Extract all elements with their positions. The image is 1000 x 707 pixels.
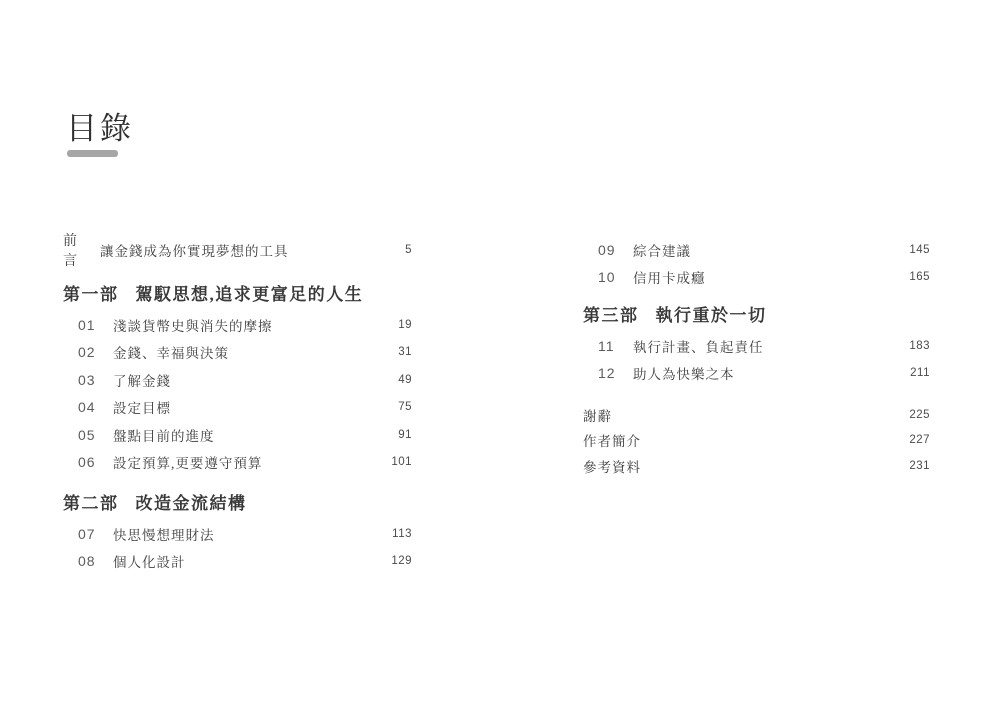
chapter-title: 執行計畫、負起責任 xyxy=(633,336,764,356)
toc-right-column: 09 綜合建議 145 10 信用卡成癮 165 第三部 執行重於一切 11 執… xyxy=(583,236,930,479)
toc-entry-acknowledgements: 謝辭 225 xyxy=(583,402,930,428)
part3-heading: 第三部 執行重於一切 xyxy=(583,298,930,328)
chapter-page-number: 165 xyxy=(909,271,930,283)
part2-chapter-list: 07 快思慢想理財法 113 08 個人化設計 129 xyxy=(63,520,412,575)
chapter-title: 了解金錢 xyxy=(113,370,171,390)
backmatter-page-number: 231 xyxy=(909,460,930,472)
toc-entry-preface: 前 言 讓金錢成為你實現夢想的工具 5 xyxy=(63,236,412,263)
chapter-page-number: 129 xyxy=(391,555,412,567)
toc-entry-ch04: 04 設定目標 75 xyxy=(63,394,412,422)
chapter-page-number: 49 xyxy=(398,374,412,386)
preface-label: 前 言 xyxy=(63,230,100,270)
backmatter-list: 謝辭 225 作者簡介 227 參考資料 231 xyxy=(583,402,930,479)
toc-entry-ch08: 08 個人化設計 129 xyxy=(63,548,412,576)
toc-entry-ch05: 05 盤點目前的進度 91 xyxy=(63,421,412,449)
part2-label: 第二部 xyxy=(63,489,119,514)
part1-label: 第一部 xyxy=(63,280,119,305)
toc-page: 目錄 前 言 讓金錢成為你實現夢想的工具 5 第一部 駕馭思想,追求更富足的人生… xyxy=(0,0,1000,707)
chapter-title: 設定目標 xyxy=(113,397,171,417)
chapter-number: 07 xyxy=(78,526,113,542)
chapter-title: 個人化設計 xyxy=(113,551,186,571)
toc-entry-ch07: 07 快思慢想理財法 113 xyxy=(63,520,412,548)
preface-title: 讓金錢成為你實現夢想的工具 xyxy=(100,240,289,260)
backmatter-page-number: 227 xyxy=(909,434,930,446)
chapter-page-number: 31 xyxy=(398,346,412,358)
chapter-title: 助人為快樂之本 xyxy=(633,363,735,383)
chapter-title: 盤點目前的進度 xyxy=(113,425,215,445)
toc-left-column: 前 言 讓金錢成為你實現夢想的工具 5 第一部 駕馭思想,追求更富足的人生 01… xyxy=(63,236,412,575)
part2-title: 改造金流結構 xyxy=(136,489,247,514)
chapter-page-number: 183 xyxy=(909,340,930,352)
backmatter-title: 謝辭 xyxy=(583,405,612,425)
chapter-title: 信用卡成癮 xyxy=(633,267,706,287)
title-underline-bar xyxy=(67,150,118,157)
chapter-title: 金錢、幸福與決策 xyxy=(113,342,229,362)
part3-chapter-list: 11 執行計畫、負起責任 183 12 助人為快樂之本 211 xyxy=(583,332,930,387)
part2-chapter-list-continued: 09 綜合建議 145 10 信用卡成癮 165 xyxy=(583,236,930,291)
chapter-number: 11 xyxy=(598,338,633,354)
part3-label: 第三部 xyxy=(583,301,639,326)
chapter-number: 08 xyxy=(78,553,113,569)
chapter-page-number: 19 xyxy=(398,319,412,331)
backmatter-title: 作者簡介 xyxy=(583,430,641,450)
chapter-title: 快思慢想理財法 xyxy=(113,524,215,544)
chapter-number: 10 xyxy=(598,269,633,285)
chapter-page-number: 75 xyxy=(398,401,412,413)
toc-entry-author-bio: 作者簡介 227 xyxy=(583,428,930,454)
chapter-page-number: 113 xyxy=(392,528,412,540)
toc-entry-ch03: 03 了解金錢 49 xyxy=(63,366,412,394)
toc-entry-ch09: 09 綜合建議 145 xyxy=(583,236,930,264)
chapter-number: 05 xyxy=(78,427,113,443)
toc-entry-ch06: 06 設定預算,更要遵守預算 101 xyxy=(63,449,412,477)
chapter-number: 09 xyxy=(598,242,633,258)
chapter-page-number: 91 xyxy=(398,429,412,441)
part1-title: 駕馭思想,追求更富足的人生 xyxy=(136,280,364,305)
toc-entry-ch01: 01 淺談貨幣史與消失的摩擦 19 xyxy=(63,311,412,339)
chapter-title: 設定預算,更要遵守預算 xyxy=(113,452,262,472)
part1-chapter-list: 01 淺談貨幣史與消失的摩擦 19 02 金錢、幸福與決策 31 03 了解金錢… xyxy=(63,311,412,476)
chapter-title: 淺談貨幣史與消失的摩擦 xyxy=(113,315,273,335)
chapter-page-number: 101 xyxy=(391,456,412,468)
toc-entry-ch12: 12 助人為快樂之本 211 xyxy=(583,360,930,388)
part2-heading: 第二部 改造金流結構 xyxy=(63,486,412,516)
part3-title: 執行重於一切 xyxy=(656,301,767,326)
chapter-title: 綜合建議 xyxy=(633,240,691,260)
chapter-number: 02 xyxy=(78,344,113,360)
part1-heading: 第一部 駕馭思想,追求更富足的人生 xyxy=(63,277,412,307)
page-title-block: 目錄 xyxy=(66,112,134,157)
toc-entry-ch11: 11 執行計畫、負起責任 183 xyxy=(583,332,930,360)
page-title: 目錄 xyxy=(66,112,134,146)
chapter-number: 01 xyxy=(78,317,113,333)
toc-entry-ch02: 02 金錢、幸福與決策 31 xyxy=(63,339,412,367)
chapter-number: 06 xyxy=(78,454,113,470)
chapter-number: 03 xyxy=(78,372,113,388)
chapter-page-number: 145 xyxy=(909,244,930,256)
backmatter-title: 參考資料 xyxy=(583,456,641,476)
chapter-number: 12 xyxy=(598,365,633,381)
backmatter-page-number: 225 xyxy=(909,409,930,421)
preface-page-number: 5 xyxy=(405,244,412,256)
toc-entry-references: 參考資料 231 xyxy=(583,453,930,479)
chapter-number: 04 xyxy=(78,399,113,415)
chapter-page-number: 211 xyxy=(910,367,930,379)
toc-entry-ch10: 10 信用卡成癮 165 xyxy=(583,264,930,292)
